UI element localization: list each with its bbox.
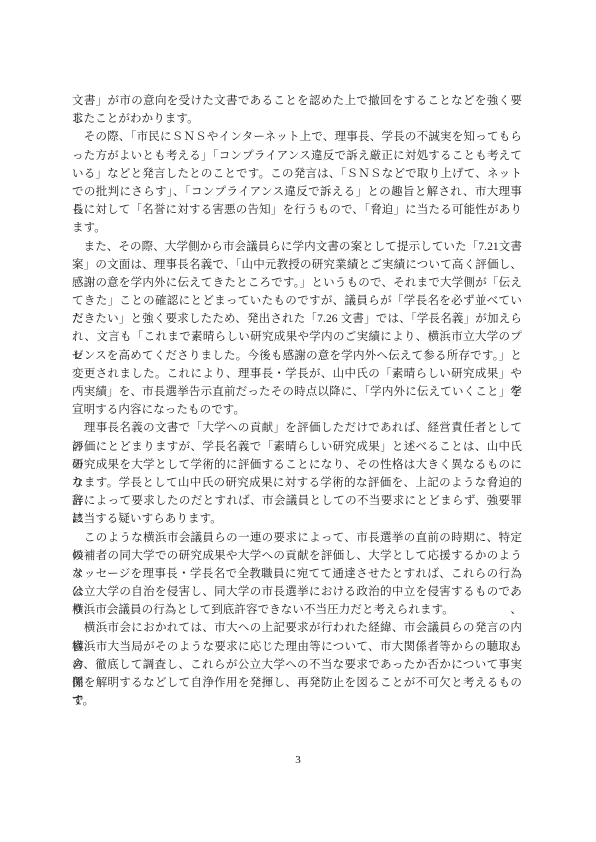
text-line: 該当する疑いすらあります。 <box>72 510 522 528</box>
text-line: 評価にとどまりますが、学長名義で「素晴らしい研究成果」と述べることは、山中氏の <box>72 438 522 456</box>
text-line: 横浜市会におかれては、市大への上記要求が行われた経緯、市会議員らの発言の内容、 <box>72 619 522 637</box>
text-line: 横浜市大当局がそのような要求に応じた理由等について、市大関係者等からの聴取も含 <box>72 638 522 656</box>
text-line: れ、文言も「これまで素晴らしい研究成果や学内のご実績により、横浜市立大学のプレ <box>72 328 522 346</box>
document-body-text: 文書」が市の意向を受けた文書であることを認めた上で撤回をすることなどを強く要求し… <box>72 92 522 710</box>
text-line: 文書」が市の意向を受けた文書であることを認めた上で撤回をすることなどを強く要求 <box>72 92 522 110</box>
text-line: ります。学長として山中氏の研究成果に対する学術的な評価を、上記のような脅迫的言 <box>72 474 522 492</box>
text-line: だきたい」と強く要求したため、発出された「7.26 文書」では、「学長名義」が加… <box>72 310 522 328</box>
text-line: メッセージを理事長・学長名で全教職員に宛てて通達させたとすれば、これらの行為は、 <box>72 565 522 583</box>
text-line: 感謝の意を学内外に伝えてきたところです。」というもので、それまで大学側が「伝え <box>72 274 522 292</box>
text-line: ゼンスを高めてくださりました。今後も感謝の意を学内外へ伝えて参る所存です。」と <box>72 347 522 365</box>
text-line: また、その際、大学側から市会議員らに学内文書の案として提示していた「7.21文書 <box>72 238 522 256</box>
text-line: す。 <box>72 692 522 710</box>
text-line: したことがわかります。 <box>72 110 522 128</box>
text-line: 案」の文面は、理事長名義で、「山中元教授の研究業績とご実績について高く評価し、 <box>72 256 522 274</box>
text-line: 辞によって要求したのだとすれば、市会議員としての不当要求にとどまらず、強要罪に <box>72 492 522 510</box>
text-line: ます。 <box>72 219 522 237</box>
page-number: 3 <box>0 753 596 767</box>
text-line: いる」などと発言したとのことです。この発言は、「ＳＮＳなどで取り上げて、ネット <box>72 165 522 183</box>
text-line: このような横浜市会議員らの一連の要求によって、市長選挙の直前の時期に、特定の <box>72 529 522 547</box>
text-line: らに対して「名誉に対する害悪の告知」を行うもので、「脅迫」に当たる可能性があり <box>72 201 522 219</box>
text-line: 公立大学の自治を侵害し、同大学の市長選挙における政治的中立を侵害するものであり、 <box>72 583 522 601</box>
text-line: 内実績」を、市長選挙告示直前だったその時点以降に、「学内外に伝えていくこと」を <box>72 383 522 401</box>
document-page: 文書」が市の意向を受けた文書であることを認めた上で撤回をすることなどを強く要求し… <box>0 0 596 842</box>
text-line: てきた」ことの確認にとどまっていたものですが、議員らが「学長名を必ず並べていた <box>72 292 522 310</box>
text-line: 理事長名義の文書で「大学への貢献」を評価しただけであれば、経営責任者としての <box>72 419 522 437</box>
text-line: 宣明する内容になったものです。 <box>72 401 522 419</box>
text-line: その際、「市民にＳＮＳやインターネット上で、理事長、学長の不誠実を知ってもら <box>72 128 522 146</box>
text-line: った方がよいとも考える」「コンプライアンス違反で訴え厳正に対処することも考えて <box>72 147 522 165</box>
text-line: め、徹底して調査し、これらが公立大学への不当な要求であったか否かについて事実関 <box>72 656 522 674</box>
text-line: での批判にさらす」、「コンプライアンス違反で訴える」との趣旨と解され、市大理事長 <box>72 183 522 201</box>
text-line: 係を解明するなどして自浄作用を発揮し、再発防止を図ることが不可欠と考えるもので <box>72 674 522 692</box>
text-line: 変更されました。これにより、理事長・学長が、山中氏の「素晴らしい研究成果」や「学 <box>72 365 522 383</box>
text-line: 候補者の同大学での研究成果や大学への貢献を評価し、大学として応援するかのような <box>72 547 522 565</box>
text-line: 研究成果を大学として学術的に評価することになり、その性格は大きく異なるものにな <box>72 456 522 474</box>
